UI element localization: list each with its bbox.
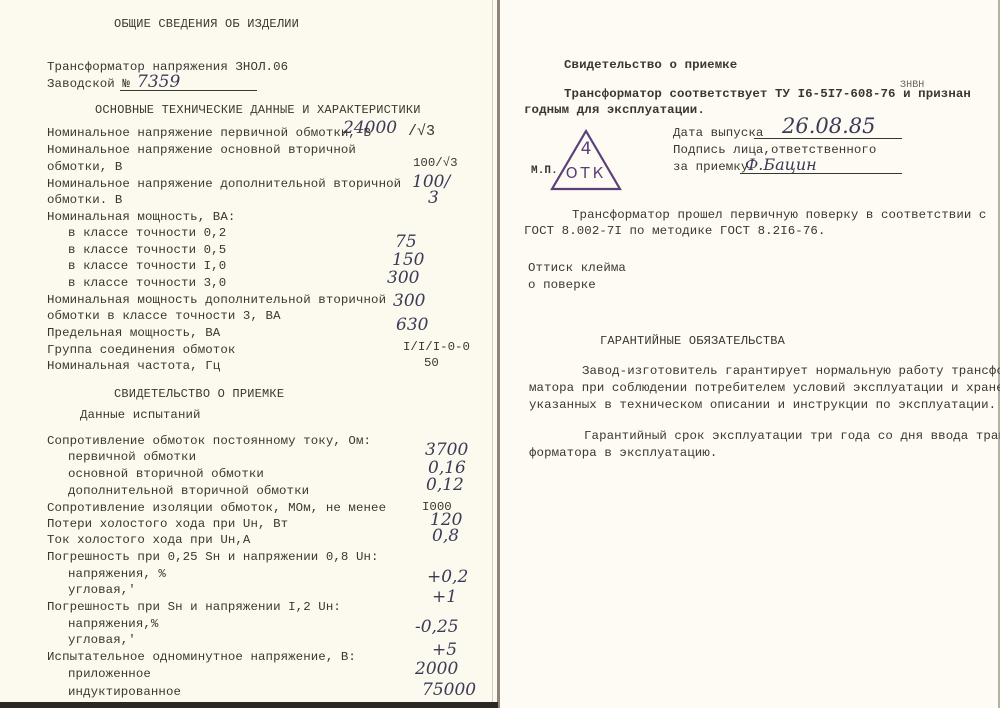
serial-value: 7359 [137,72,180,92]
page-shadow [492,0,493,708]
spec-value: 300 [393,291,425,311]
test-label: первичной обмотки [68,450,196,465]
warranty-heading: ГАРАНТИЙНЫЕ ОБЯЗАТЕЛЬСТВА [600,334,785,349]
spec-label: обмотки, В [47,160,122,175]
spec-label: Предельная мощность, ВА [47,326,220,341]
signature-value: Ф.Бацин [745,155,817,174]
tests-heading: Данные испытаний [80,408,201,423]
spec-label: в классе точности 3,0 [68,276,226,291]
test-value: +1 [432,587,457,607]
test-value: +5 [432,640,457,660]
test-label: напряжения, % [68,567,166,582]
release-date-label: Дата выпуска [673,126,763,141]
verification-text-2: ГОСТ 8.002-7I по методике ГОСТ 8.2I6-76. [524,224,825,239]
spec-value: I/I/I-0-0 [403,340,470,354]
spec-value: 3 [428,188,439,208]
page-fold [497,0,500,708]
warranty-p1-line2: матора при соблюдении потребителем услов… [529,381,1000,396]
test-value: -0,25 [415,617,459,637]
spec-label: Номинальное напряжение основной вторично… [47,143,356,158]
test-label: Испытательное одноминутное напряжение, В… [47,650,356,665]
spec-label: Номинальное напряжение первичной обмотки… [47,126,371,141]
test-label: основной вторичной обмотки [68,467,264,482]
spec-label: Группа соединения обмоток [47,343,235,358]
spec-value: 300 [387,268,419,288]
tech-heading: ОСНОВНЫЕ ТЕХНИЧЕСКИЕ ДАННЫЕ И ХАРАКТЕРИС… [95,103,421,118]
spec-value: 24000 [343,118,397,138]
test-label: угловая,' [68,583,136,598]
test-label: Сопротивление обмоток постоянному току, … [47,434,371,449]
test-value: 75000 [422,680,476,700]
stamp-triangle-icon [550,128,622,192]
warranty-p1-line3: указанных в техническом описании и инстр… [529,398,996,413]
spec-label: Номинальная мощность дополнительной втор… [47,293,386,308]
warranty-p2-line2: форматора в эксплуатацию. [529,446,717,461]
test-value: 2000 [415,659,458,679]
acceptance-text-2: годным для эксплуатации. [524,103,705,118]
spec-label: в классе точности 0,5 [68,243,226,258]
test-value: 0,8 [432,526,459,546]
test-label: напряжения,% [68,617,158,632]
mark-label-2: о поверке [528,278,596,293]
acceptance-title: Свидетельство о приемке [564,58,737,73]
spec-label: Номинальная мощность, ВА: [47,210,235,225]
bottom-edge [0,702,498,708]
test-value: 0,12 [426,475,464,495]
test-label: приложенное [68,667,151,682]
release-date-value: 26.08.85 [782,114,876,138]
spec-value: 630 [396,315,428,335]
spec-value: 50 [424,356,439,370]
test-label: дополнительной вторичной обмотки [68,484,309,499]
test-label: индуктированное [68,685,181,700]
spec-label: Номинальная частота, Гц [47,359,220,374]
spec-label: Номинальное напряжение дополнительной вт… [47,177,401,192]
spec-label: в классе точности I,0 [68,259,226,274]
stamp-number: 4 [550,139,622,159]
spec-label: в классе точности 0,2 [68,226,226,241]
mark-label-1: Оттиск клейма [528,261,626,276]
acceptance-heading-left: СВИДЕТЕЛЬСТВО О ПРИЕМКЕ [114,387,284,402]
spec-label: обмотки. В [47,193,122,208]
spec-value-suffix: /√3 [408,123,435,140]
spec-value: 100/√3 [413,156,458,170]
warranty-p1-line1: Завод-изготовитель гарантирует нормальну… [582,364,1000,379]
stamp-text: ОТК [550,164,622,182]
test-label: Погрешность при Sн и напряжении I,2 Uн: [47,600,341,615]
spec-value: 75 [395,232,417,252]
test-value: 3700 [425,440,468,460]
corner-mark: ЗНВН [900,78,924,93]
test-label: угловая,' [68,633,136,648]
general-info-heading: ОБЩИЕ СВЕДЕНИЯ ОБ ИЗДЕЛИИ [114,17,299,32]
spec-label: обмотки в классе точности 3, ВА [47,309,281,324]
spec-value: 150 [392,250,424,270]
test-label: Потери холостого хода при Uн, Вт [47,517,288,532]
verification-text-1: Трансформатор прошел первичную поверку в… [572,208,986,223]
test-label: Ток холостого хода при Uн,А [47,533,250,548]
otk-stamp: 4 ОТК [550,128,622,192]
test-label: Сопротивление изоляции обмоток, МОм, не … [47,501,386,516]
test-value: +0,2 [427,567,468,587]
warranty-p2-line1: Гарантийный срок эксплуатации три года с… [584,429,1000,444]
release-date-underline [754,138,902,139]
serial-label: Заводской № [47,77,130,92]
signature-label-2: за приемку [673,160,748,175]
test-label: Погрешность при 0,25 Sн и напряжении 0,8… [47,550,379,565]
